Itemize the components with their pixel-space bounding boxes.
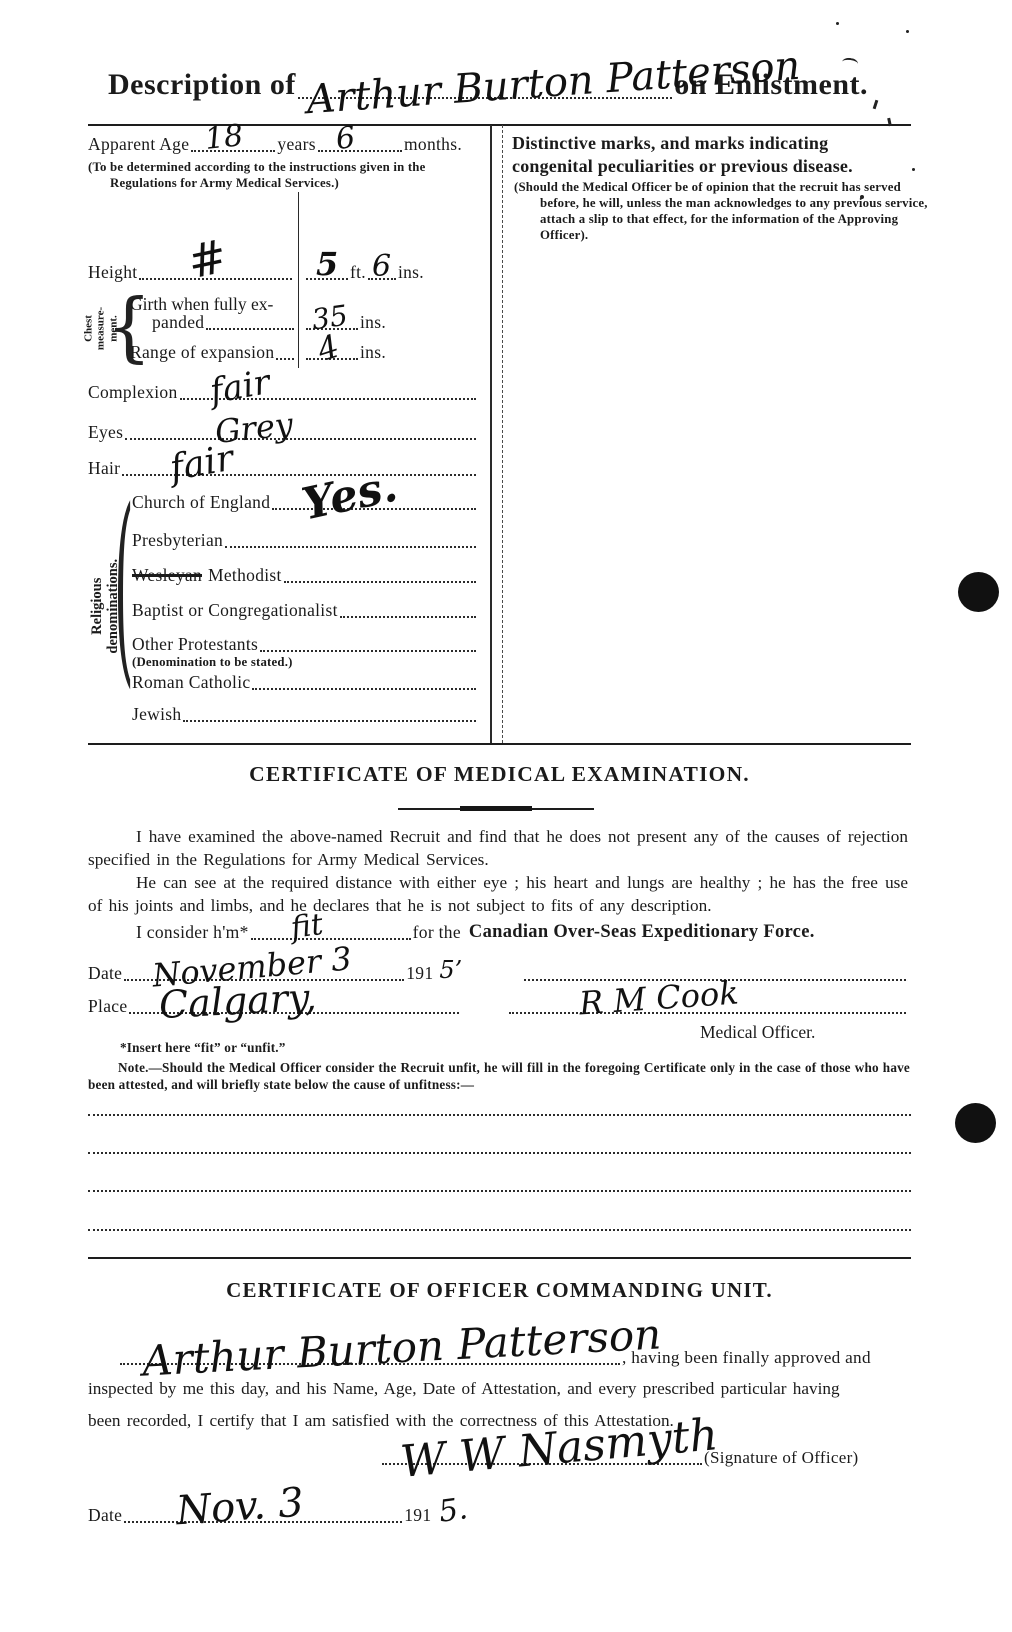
complexion-row: Complexion fair (88, 382, 478, 403)
religion-line (183, 716, 476, 722)
months-unit: months. (404, 134, 462, 155)
range-label: Range of expansion (130, 342, 274, 363)
place-line: Calgary, (129, 1008, 459, 1014)
eyes-label: Eyes (88, 422, 123, 443)
date-label: Date (88, 963, 122, 984)
height-ins-line: 6 (368, 274, 396, 280)
officer-name-line: Arthur Burton Patterson (120, 1359, 620, 1365)
height-value-row: 5 ft. 6 ins. (304, 262, 460, 283)
date-label: Date (88, 1505, 122, 1526)
signature-of-officer-label: (Signature of Officer) (704, 1448, 859, 1468)
hole-punch-dot (958, 572, 999, 612)
recruit-name-handwritten: Arthur Burton Patterson (141, 1313, 662, 1382)
title-prefix: Description of (108, 68, 296, 102)
place-handwritten: Calgary, (159, 978, 318, 1024)
religion-row-presbyterian: Presbyterian (132, 530, 478, 551)
officer-signature-line: W W Nasmyth (382, 1459, 702, 1465)
medical-paragraph-1: I have examined the above-named Recruit … (88, 826, 908, 871)
girth-row: panded (130, 312, 296, 333)
age-years-handwritten: 18 (204, 121, 245, 155)
years-unit: years (277, 134, 315, 155)
stray-speck (836, 22, 839, 25)
religion-label: Presbyterian (132, 530, 223, 551)
attestation-form-page: Description of Arthur Burton Patterson o… (0, 0, 1012, 1632)
consider-prefix: I consider h'm* (136, 922, 249, 943)
officer-year-handwritten: 5. (437, 1494, 470, 1528)
officer-date-handwritten: Nov. 3 (175, 1483, 305, 1532)
place-label: Place (88, 996, 127, 1017)
year-prefix: 191 (406, 963, 433, 984)
officer-signature-row: W W Nasmyth (Signature of Officer) (380, 1448, 908, 1468)
consider-mid: for the (413, 922, 461, 943)
religion-denomination-note: (Denomination to be stated.) (132, 655, 293, 671)
apparent-age-label: Apparent Age (88, 134, 189, 155)
age-months-handwritten: 6 (334, 123, 356, 155)
unfitness-blank-line (88, 1152, 911, 1154)
religion-label: Baptist or Congregationalist (132, 600, 338, 621)
stray-speck (860, 195, 864, 199)
hair-handwritten: fair (168, 441, 237, 487)
religion-line (225, 542, 476, 548)
officer-name-row: Arthur Burton Patterson , having been fi… (88, 1348, 910, 1368)
religion-line (260, 646, 476, 652)
unfitness-blank-line (88, 1229, 911, 1231)
height-scribble-mark: # (184, 232, 231, 285)
consider-line: fit (251, 934, 411, 940)
religion-label: Church of England (132, 492, 270, 513)
hole-punch-dot (955, 1103, 996, 1143)
consider-fit-row: I consider h'm* fit for the Canadian Ove… (88, 922, 908, 943)
page-title: Description of Arthur Burton Patterson o… (108, 68, 868, 102)
range-handwritten: 4 (314, 330, 343, 367)
height-label: Height (88, 262, 137, 283)
range-row: Range of expansion (130, 342, 296, 363)
medical-note-paragraph: Note.—Should the Medical Officer conside… (88, 1060, 910, 1093)
year-handwritten: 5’ (439, 958, 462, 982)
hair-line: fair (122, 470, 476, 476)
consider-force-name: Canadian Over-Seas Expeditionary Force. (469, 922, 815, 943)
religion-label: Roman Catholic (132, 672, 250, 693)
section-divider (398, 808, 594, 810)
box-bottom-rule (88, 743, 911, 745)
eyes-line: Grey (125, 434, 476, 440)
range-leader (276, 354, 294, 360)
religion-label: Jewish (132, 704, 181, 725)
year-prefix: 191 (404, 1505, 431, 1526)
officer-date-line: Nov. 3 (124, 1517, 402, 1523)
medical-certificate-title: CERTIFICATE OF MEDICAL EXAMINATION. (88, 762, 911, 787)
range-line: 4 (306, 354, 358, 360)
title-name-line: Arthur Burton Patterson (298, 91, 672, 99)
height-ft-unit: ft. (350, 262, 366, 283)
girth-label-line2: panded (130, 312, 204, 333)
officer-paragraph-line2: inspected by me this day, and his Name, … (88, 1378, 910, 1401)
medical-officer-label: Medical Officer. (700, 1022, 860, 1043)
officer-certificate-title: CERTIFICATE OF OFFICER COMMANDING UNIT. (88, 1278, 911, 1303)
religion-label: Methodist (208, 565, 282, 586)
section-rule (88, 1257, 911, 1259)
eyes-row: Eyes Grey (88, 422, 478, 443)
medical-officer-signature-handwritten: R M Cook (578, 976, 739, 1019)
height-ft-handwritten: 5 (316, 248, 338, 280)
height-ft-line: 5 (306, 274, 348, 280)
range-value-row: 4 ins. (304, 342, 414, 363)
religion-row-jewish: Jewish (132, 704, 478, 725)
girth-unit: ins. (360, 312, 386, 333)
height-ins-handwritten: 6 (372, 252, 391, 282)
girth-leader (206, 324, 294, 330)
stray-speck (906, 30, 909, 33)
fit-unfit-footnote: *Insert here “fit” or “unfit.” (120, 1040, 286, 1057)
religion-line (252, 684, 476, 690)
age-months-line: 6 (318, 146, 402, 152)
mo-signature-line: R M Cook (509, 1008, 906, 1014)
apparent-age-note: (To be determined according to the instr… (88, 160, 492, 192)
religion-row-church-of-england: Church of England Yes. (132, 492, 478, 513)
religion-row-other-protestants: Other Protestants (132, 634, 478, 655)
box-value-divider (298, 192, 299, 368)
officer-date-row: Date Nov. 3 191 5. (88, 1496, 468, 1526)
box-column-divider-dashed (502, 125, 503, 743)
unfitness-blank-line (88, 1114, 911, 1116)
medical-paragraph-2: He can see at the required distance with… (88, 872, 908, 917)
box-column-divider (490, 125, 492, 743)
religion-row-baptist: Baptist or Congregationalist (132, 600, 478, 621)
apparent-age-row: Apparent Age 18 years 6 months. (88, 134, 462, 155)
complexion-label: Complexion (88, 382, 178, 403)
medical-place-row: Place Calgary, R M Cook (88, 996, 908, 1017)
religion-row-methodist: Wesleyan Methodist (132, 565, 478, 586)
religion-brace: ( (114, 488, 134, 695)
religion-label: Other Protestants (132, 634, 258, 655)
height-ins-unit: ins. (398, 262, 424, 283)
range-unit: ins. (360, 342, 386, 363)
religion-line: Yes. (272, 504, 476, 510)
stray-speck (912, 168, 915, 171)
religion-label-struck: Wesleyan (132, 565, 202, 586)
consider-fit-handwritten: fit (289, 910, 325, 944)
religion-line (340, 612, 476, 618)
unfitness-blank-line (88, 1190, 911, 1192)
stray-pen-tick (887, 118, 892, 126)
distinctive-marks-note: (Should the Medical Officer be of opinio… (514, 180, 930, 244)
complexion-handwritten: fair (207, 365, 272, 409)
stray-pen-arc (841, 57, 858, 69)
title-name-handwritten: Arthur Burton Patterson (305, 46, 801, 120)
complexion-line: fair (180, 394, 476, 400)
stray-pen-tick (873, 100, 879, 109)
religion-row-roman-catholic: Roman Catholic (132, 672, 478, 693)
age-years-line: 18 (191, 146, 275, 152)
hair-row: Hair fair (88, 458, 478, 479)
religion-line (284, 577, 476, 583)
distinctive-marks-heading: Distinctive marks, and marks indicating … (512, 132, 914, 179)
section-divider-thick (460, 806, 532, 811)
